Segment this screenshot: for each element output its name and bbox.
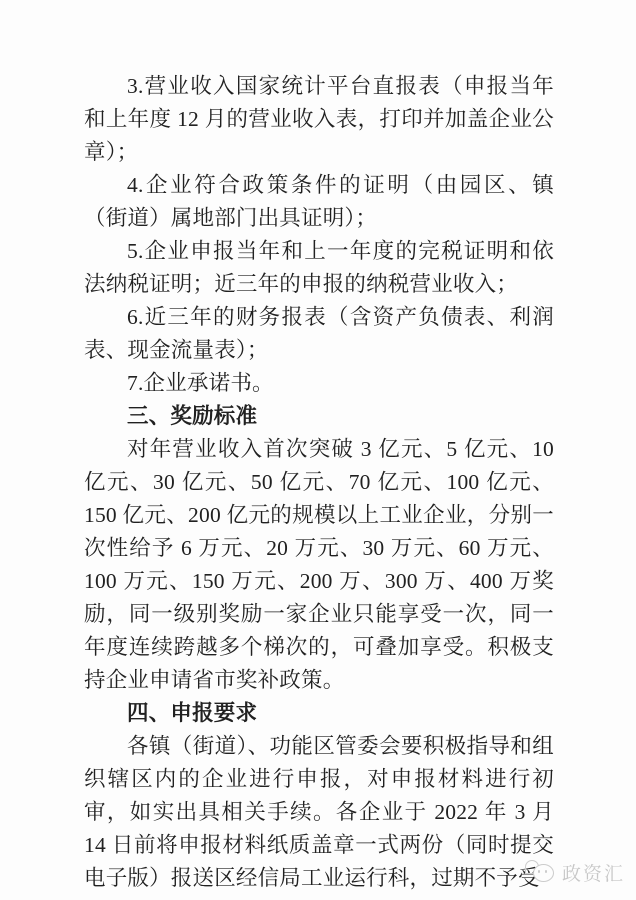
section-heading: 三、奖励标准 [84,400,554,433]
paragraph: 3.营业收入国家统计平台直报表（申报当年和上年度 12 月的营业收入表，打印并加… [84,70,554,169]
paragraph: 6.近三年的财务报表（含资产负债表、利润表、现金流量表）； [84,301,554,367]
article-page: 3.营业收入国家统计平台直报表（申报当年和上年度 12 月的营业收入表，打印并加… [0,0,636,900]
paragraph: 4.企业符合政策条件的证明（由园区、镇（街道）属地部门出具证明）； [84,169,554,235]
chat-bubble-large [533,864,554,882]
paragraph: 对年营业收入首次突破 3 亿元、5 亿元、10 亿元、30 亿元、50 亿元、7… [84,433,554,697]
paragraph: 7.企业承诺书。 [84,367,554,400]
watermark: 政资汇 [524,857,625,887]
document-body: 3.营业收入国家统计平台直报表（申报当年和上年度 12 月的营业收入表，打印并加… [84,70,554,895]
chat-bubbles-icon [524,857,558,887]
paragraph: 各镇（街道）、功能区管委会要积极指导和组织辖区内的企业进行申报，对申报材料进行初… [84,730,554,895]
paragraph: 5.企业申报当年和上一年度的完税证明和依法纳税证明；近三年的申报的纳税营业收入； [84,235,554,301]
section-heading: 四、申报要求 [84,697,554,730]
watermark-label: 政资汇 [562,859,625,886]
